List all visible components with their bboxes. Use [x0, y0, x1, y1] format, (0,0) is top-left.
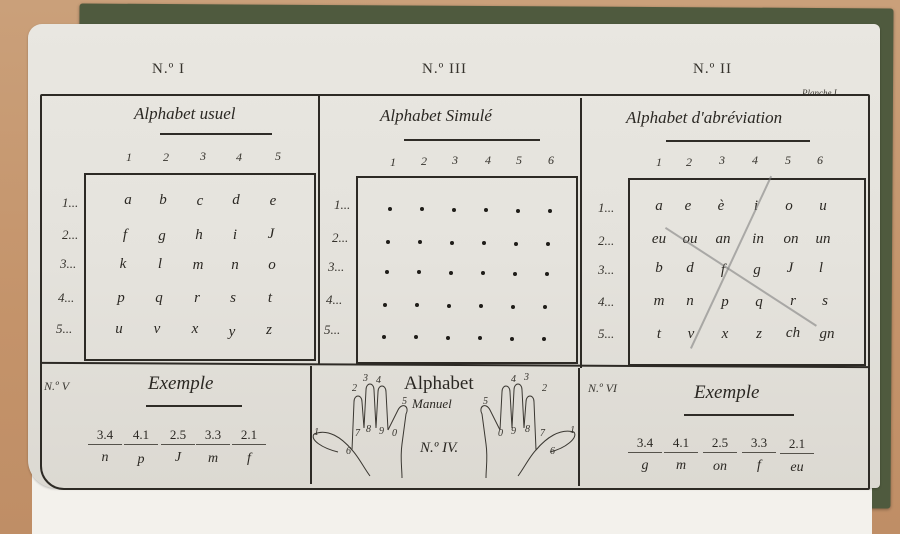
grid-cell: s [216, 290, 250, 307]
column-number: 3 [448, 153, 462, 168]
panel-title: Alphabet usuel [134, 104, 236, 124]
title-rule [666, 140, 810, 142]
grid-cell: b [642, 260, 676, 277]
grid-cell: eu [642, 231, 676, 248]
finger-number: 8 [366, 424, 371, 435]
simulated-dot [385, 270, 389, 274]
grid-cell: t [642, 326, 676, 343]
left-thumb-outline [314, 432, 370, 476]
column-number: 3 [715, 153, 729, 168]
dot-grid [356, 176, 578, 364]
simulated-dot [548, 209, 552, 213]
column-number: 4 [232, 150, 246, 165]
simulated-dot [446, 336, 450, 340]
finger-number: 7 [355, 428, 360, 439]
finger-number: 0 [392, 428, 397, 439]
panel-title: Alphabet Simulé [380, 106, 492, 126]
grid-cell: o [772, 198, 806, 215]
grid-cell: e [256, 193, 290, 210]
grid-cell: i [218, 227, 252, 244]
grid-cell: e [671, 198, 705, 215]
simulated-dot [449, 271, 453, 275]
simulated-dot [516, 209, 520, 213]
row-number: 3... [60, 256, 76, 272]
code-pair: 4.1 [124, 427, 158, 445]
grid-cell: p [104, 290, 138, 307]
grid-cell: J [773, 260, 807, 277]
grid-cell: v [674, 326, 708, 343]
simulated-dot [447, 304, 451, 308]
finger-number: 5 [402, 396, 407, 407]
panel-number: N.º V [44, 379, 69, 394]
grid-cell: g [740, 262, 774, 279]
row-number: 2... [62, 227, 78, 243]
hands-illustration [308, 368, 580, 480]
grid-cell: r [180, 290, 214, 307]
simulated-dot [510, 337, 514, 341]
code-pair: 2.1 [780, 436, 814, 454]
grid-cell: y [215, 324, 249, 341]
title-rule [146, 405, 242, 407]
row-number: 4... [326, 292, 342, 308]
code-pair: 3.4 [628, 435, 662, 453]
grid-cell: k [106, 256, 140, 273]
grid-cell: o [255, 257, 289, 274]
simulated-dot [388, 207, 392, 211]
code-pair: 2.5 [161, 427, 195, 445]
panel-number-2: N.º II [693, 61, 732, 78]
column-number: 1 [122, 150, 136, 165]
grid-cell: d [673, 260, 707, 277]
simulated-dot [452, 208, 456, 212]
column-number: 3 [196, 149, 210, 164]
decoded-letter: eu [780, 460, 814, 476]
finger-number: 9 [511, 426, 516, 437]
grid-cell: l [143, 256, 177, 273]
finger-number: 0 [498, 428, 503, 439]
finger-number: 7 [540, 428, 545, 439]
grid-cell: x [708, 326, 742, 343]
decoded-letter: f [742, 458, 776, 474]
column-number: 1 [386, 155, 400, 170]
simulated-dot [382, 335, 386, 339]
title-rule [160, 133, 272, 135]
column-number: 5 [271, 149, 285, 164]
finger-number: 6 [550, 446, 555, 457]
simulated-dot [542, 337, 546, 341]
column-number: 5 [512, 153, 526, 168]
finger-number: 2 [352, 383, 357, 394]
simulated-dot [481, 271, 485, 275]
row-number: 3... [328, 259, 344, 275]
row-number: 1... [62, 195, 78, 211]
decoded-letter: J [161, 450, 195, 466]
finger-number: 1 [314, 427, 319, 438]
column-number: 6 [813, 153, 827, 168]
decoded-letter: n [88, 450, 122, 466]
row-number: 5... [324, 322, 340, 338]
decoded-letter: f [232, 451, 266, 467]
divider [580, 98, 582, 368]
grid-cell: l [804, 260, 838, 277]
grid-cell: on [774, 231, 808, 248]
finger-number: 5 [483, 396, 488, 407]
title-rule [404, 139, 540, 141]
grid-cell: gn [810, 326, 844, 343]
column-number: 1 [652, 155, 666, 170]
grid-cell: a [111, 192, 145, 209]
grid-cell: m [642, 293, 676, 310]
code-pair: 2.1 [232, 427, 266, 445]
grid-cell: in [741, 231, 775, 248]
row-number: 2... [598, 233, 614, 249]
grid-cell: h [182, 227, 216, 244]
decoded-letter: on [703, 459, 737, 475]
code-pair: 2.5 [703, 435, 737, 453]
grid-cell: v [140, 321, 174, 338]
finger-number: 4 [376, 375, 381, 386]
simulated-dot [478, 336, 482, 340]
grid-cell: ch [776, 325, 810, 342]
grid-cell: t [253, 290, 287, 307]
panel-title: Exemple [694, 382, 759, 404]
finger-number: 3 [524, 372, 529, 383]
row-number: 1... [598, 200, 614, 216]
column-number: 4 [748, 153, 762, 168]
grid-cell: b [146, 192, 180, 209]
panel-title: Alphabet d'abréviation [626, 108, 782, 128]
grid-cell: un [806, 231, 840, 248]
row-number: 1... [334, 197, 350, 213]
column-number: 2 [417, 154, 431, 169]
row-number: 3... [598, 262, 614, 278]
grid-cell: g [145, 228, 179, 245]
row-number: 4... [58, 290, 74, 306]
grid-cell: f [108, 227, 142, 244]
divider [318, 96, 320, 364]
simulated-dot [513, 272, 517, 276]
grid-cell: d [219, 192, 253, 209]
grid-cell: z [742, 326, 776, 343]
grid-cell: u [102, 321, 136, 338]
finger-number: 4 [511, 374, 516, 385]
grid-cell: q [142, 290, 176, 307]
code-pair: 3.3 [196, 427, 230, 445]
panel-number-3: N.º III [422, 61, 467, 78]
row-number: 2... [332, 230, 348, 246]
finger-number: 3 [363, 373, 368, 384]
grid-cell: c [183, 193, 217, 210]
code-pair: 4.1 [664, 435, 698, 453]
title-rule [684, 414, 794, 416]
column-number: 6 [544, 153, 558, 168]
grid-cell: J [254, 226, 288, 243]
code-pair: 3.4 [88, 427, 122, 445]
row-number: 4... [598, 294, 614, 310]
finger-number: 9 [379, 426, 384, 437]
panel-number: N.º VI [588, 381, 617, 396]
row-number: 5... [56, 321, 72, 337]
code-pair: 3.3 [742, 435, 776, 453]
decoded-letter: m [664, 458, 698, 474]
column-number: 5 [781, 153, 795, 168]
grid-cell: u [806, 198, 840, 215]
column-number: 2 [682, 155, 696, 170]
row-number: 5... [598, 326, 614, 342]
grid-cell: n [673, 293, 707, 310]
column-number: 2 [159, 150, 173, 165]
decoded-letter: p [124, 452, 158, 468]
grid-cell: n [218, 257, 252, 274]
panel-title: Exemple [148, 373, 213, 395]
finger-number: 2 [542, 383, 547, 394]
grid-cell: m [181, 257, 215, 274]
grid-cell: x [178, 321, 212, 338]
decoded-letter: g [628, 458, 662, 474]
finger-number: 6 [346, 446, 351, 457]
simulated-dot [545, 272, 549, 276]
grid-cell: s [808, 293, 842, 310]
grid-cell: z [252, 322, 286, 339]
grid-cell: è [704, 198, 738, 215]
finger-number: 1 [570, 425, 575, 436]
grid-cell: an [706, 231, 740, 248]
column-number: 4 [481, 153, 495, 168]
panel-number-1: N.º I [152, 61, 185, 78]
simulated-dot [511, 305, 515, 309]
decoded-letter: m [196, 451, 230, 467]
finger-number: 8 [525, 424, 530, 435]
